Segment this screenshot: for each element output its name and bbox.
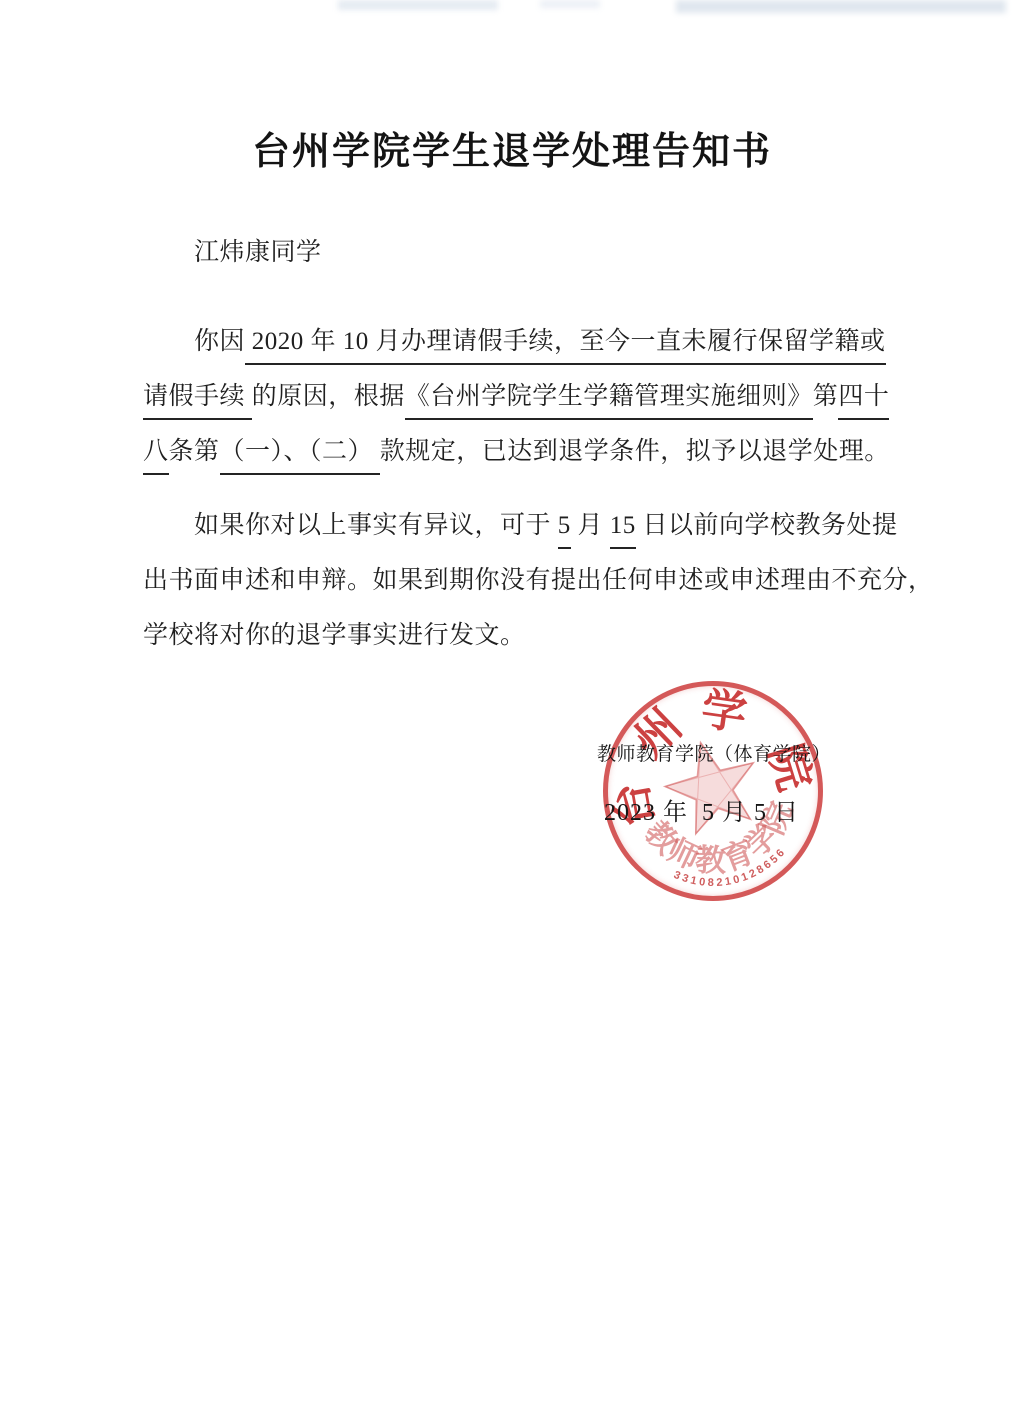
salutation: 江炜康同学: [194, 236, 322, 270]
signature-date: 2023 年 5 月 5 日: [604, 792, 799, 827]
underlined-fill-in: 2020 年 10 月办理请假手续，至今一直未履行保留学籍或: [245, 325, 886, 365]
paragraph1-line3: 八条第（一）、（二） 款规定，已达到退学条件，拟予以退学处理。: [143, 435, 890, 475]
official-seal: 台 州 学 院 教 师 教 育 学 院 3 3 1 0 8 2 1 0 1 2 …: [603, 681, 823, 901]
text-segment: 月: [571, 512, 610, 539]
scan-artifact: [540, 0, 600, 8]
underlined-month: 5: [558, 509, 571, 549]
underlined-article-number: 八: [143, 435, 169, 475]
underlined-article-number: 四十: [838, 380, 889, 420]
text-segment: 第: [813, 383, 839, 410]
paragraph1-line2: 请假手续 的原因，根据《台州学院学生学籍管理实施细则》第四十: [143, 380, 889, 420]
text-segment: 如果你对以上事实有异议，可于: [194, 512, 558, 539]
document-title: 台州学院学生退学处理告知书: [0, 120, 1024, 175]
text-segment: 条第: [169, 438, 220, 465]
underlined-regulation-title: 《台州学院学生学籍管理实施细则》: [405, 380, 813, 420]
underlined-clause-numbers: （一）、（二）: [220, 435, 380, 475]
text-segment: 日以前向学校教务处提: [636, 512, 898, 539]
paragraph2-line3: 学校将对你的退学事实进行发文。: [143, 619, 526, 653]
scan-artifact: [338, 0, 498, 10]
paragraph1-line1: 你因 2020 年 10 月办理请假手续，至今一直未履行保留学籍或: [194, 325, 886, 365]
scan-artifact: [676, 0, 1006, 13]
underlined-day: 15: [610, 509, 636, 549]
paragraph2-line2: 出书面申述和申辩。如果到期你没有提出任何申述或申述理由不充分，: [143, 564, 934, 598]
scanned-notice-page: { "title": "台州学院学生退学处理告知书", "salutation"…: [0, 0, 1024, 1409]
seal-ring-char: 学: [697, 685, 751, 739]
signature-department: 教师教育学院（体育学院）: [597, 739, 831, 766]
text-segment: 你因: [194, 328, 245, 355]
underlined-fill-in: 请假手续: [143, 380, 252, 420]
text-segment: 款规定，已达到退学条件，拟予以退学处理。: [380, 438, 890, 465]
paragraph2-line1: 如果你对以上事实有异议，可于 5 月 15 日以前向学校教务处提: [194, 509, 898, 549]
text-segment: 的原因，根据: [252, 383, 405, 410]
